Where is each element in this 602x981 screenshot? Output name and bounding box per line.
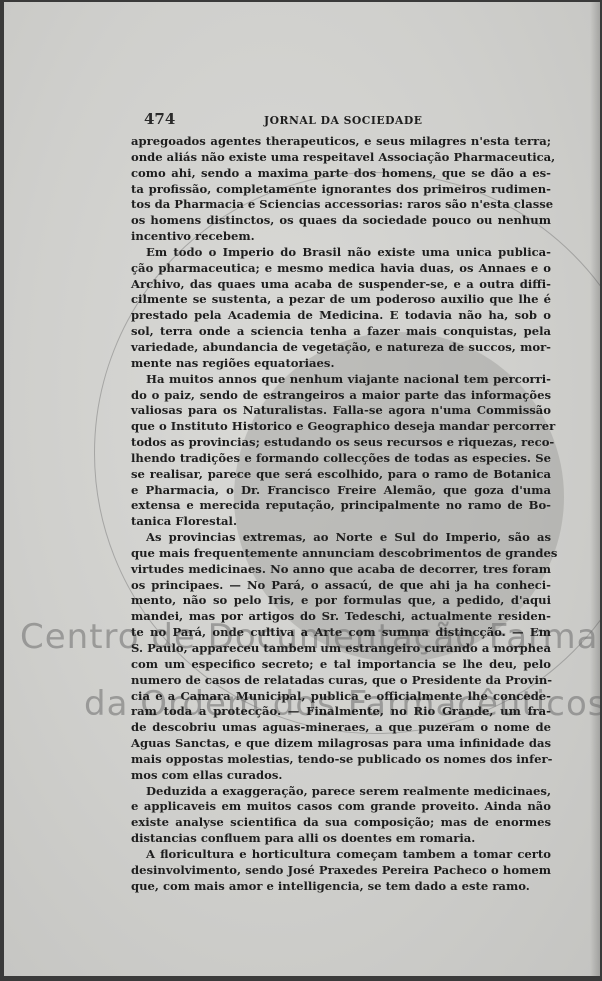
text-line: mento, não so pelo Iris, e por formulas … <box>131 593 551 609</box>
text-line: extensa e merecida reputação, principalm… <box>131 498 551 514</box>
text-line: mos com ellas curados. <box>131 768 551 784</box>
text-line: tos da Pharmacia e Sciencias accessorias… <box>131 197 551 213</box>
text-line: como ahi, sendo a maxima parte dos homen… <box>131 166 551 182</box>
text-line: As provincias extremas, ao Norte e Sul d… <box>131 530 551 546</box>
text-line: A floricultura e horticultura começam ta… <box>131 847 551 863</box>
text-line: te no Pará, onde cultiva a Arte com summ… <box>131 625 551 641</box>
text-line: com um especifico secreto; e tal importa… <box>131 657 551 673</box>
text-line: valiosas para os Naturalistas. Falla-se … <box>131 403 551 419</box>
text-line: do o paiz, sendo de estrangeiros a maior… <box>131 388 551 404</box>
text-line: prestado pela Academia de Medicina. E to… <box>131 308 551 324</box>
running-head: JORNAL DA SOCIEDADE <box>264 113 423 129</box>
paragraph: As provincias extremas, ao Norte e Sul d… <box>131 530 551 784</box>
text-line: mandei, mas por artigos do Sr. Tedeschi,… <box>131 609 551 625</box>
text-line: virtudes medicinaes. No anno que acaba d… <box>131 562 551 578</box>
text-line: mente nas regiões equatoriaes. <box>131 356 551 372</box>
text-line: tanica Florestal. <box>131 514 551 530</box>
text-line: Em todo o Imperio do Brasil não existe u… <box>131 245 551 261</box>
text-line: desinvolvimento, sendo José Praxedes Per… <box>131 863 551 879</box>
body-text: apregoados agentes therapeuticos, e seus… <box>131 134 551 895</box>
text-line: Aguas Sanctas, e que dizem milagrosas pa… <box>131 736 551 752</box>
paragraph: apregoados agentes therapeuticos, e seus… <box>131 134 551 245</box>
text-line: mais oppostas molestias, tendo-se public… <box>131 752 551 768</box>
text-line: os homens distinctos, os quaes da socied… <box>131 213 551 229</box>
text-line: variedade, abundancia de vegetação, e na… <box>131 340 551 356</box>
page-header: 474 JORNAL DA SOCIEDADE <box>144 112 551 134</box>
text-line: ção pharmaceutica; e mesmo medica havia … <box>131 261 551 277</box>
text-line: e applicaveis em muitos casos com grande… <box>131 799 551 815</box>
text-line: incentivo recebem. <box>131 229 551 245</box>
text-line: que mais frequentemente annunciam descob… <box>131 546 551 562</box>
page-number: 474 <box>144 112 204 128</box>
text-line: lhendo tradições e formando collecções d… <box>131 451 551 467</box>
text-line: ram toda a protecção. — Finalmente, no R… <box>131 704 551 720</box>
text-line: que, com mais amor e intelligencia, se t… <box>131 879 551 895</box>
paragraph: Deduzida a exaggeração, parece serem rea… <box>131 784 551 847</box>
text-line: existe analyse scientifica da sua compos… <box>131 815 551 831</box>
text-line: sol, terra onde a sciencia tenha a fazer… <box>131 324 551 340</box>
text-line: numero de casos de relatadas curas, que … <box>131 673 551 689</box>
paragraph: A floricultura e horticultura começam ta… <box>131 847 551 895</box>
text-line: Deduzida a exaggeração, parece serem rea… <box>131 784 551 800</box>
text-line: onde aliás não existe uma respeitavel As… <box>131 150 551 166</box>
text-line: que o Instituto Historico e Geographico … <box>131 419 551 435</box>
text-line: Archivo, das quaes uma acaba de suspende… <box>131 277 551 293</box>
text-line: de descobriu umas aguas-mineraes, a que … <box>131 720 551 736</box>
text-line: os principaes. — No Pará, o assacú, de q… <box>131 578 551 594</box>
text-line: cilmente se sustenta, a pezar de um pode… <box>131 292 551 308</box>
text-line: cia e a Camara Municipal, publica e offi… <box>131 689 551 705</box>
text-line: ta profissão, completamente ignorantes d… <box>131 182 551 198</box>
paragraph: Em todo o Imperio do Brasil não existe u… <box>131 245 551 372</box>
text-line: S. Paulo, appareceu tambem um estrangeir… <box>131 641 551 657</box>
text-line: apregoados agentes therapeuticos, e seus… <box>131 134 551 150</box>
text-line: Ha muitos annos que nenhum viajante naci… <box>131 372 551 388</box>
text-line: se realisar, parece que será escolhido, … <box>131 467 551 483</box>
scanned-page: Centro de Documentação Farmacêutica da O… <box>4 2 600 976</box>
text-line: todos as provincias; estudando os seus r… <box>131 435 551 451</box>
text-line: distancias confluem para alli os doentes… <box>131 831 551 847</box>
paragraph: Ha muitos annos que nenhum viajante naci… <box>131 372 551 530</box>
text-line: e Pharmacia, o Dr. Francisco Freire Alem… <box>131 483 551 499</box>
page-content: 474 JORNAL DA SOCIEDADE apregoados agent… <box>131 112 551 895</box>
